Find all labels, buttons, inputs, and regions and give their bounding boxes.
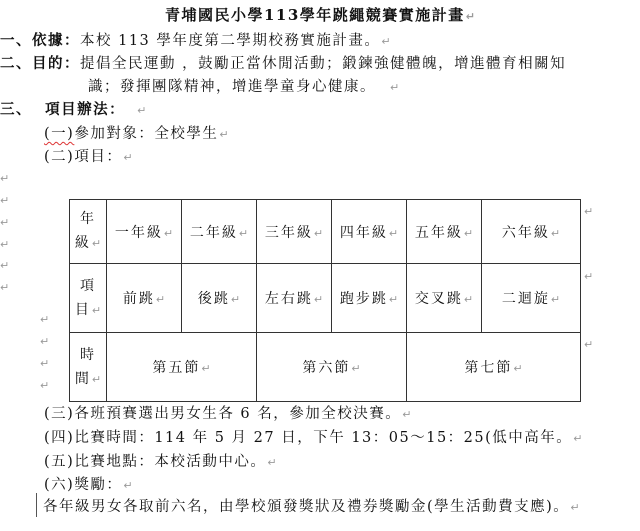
section-text: 本校 113 學年度第二學期校務實施計畫。 xyxy=(80,33,380,49)
section-methods: 三、 項目辦法：↵ xyxy=(0,100,146,121)
sub-item-text: 比賽時間：114 年 5 月 27 日，下午 13：05～15：25(低中高年。 xyxy=(74,430,572,446)
sub-item-label: (二) xyxy=(44,149,74,165)
paragraph-mark-icon: ↵ xyxy=(0,194,9,207)
sub-item-participants: (一)參加對象：全校學生↵ xyxy=(44,124,229,145)
row-header-char: 年 xyxy=(70,207,106,231)
row-header-char-text: 間 xyxy=(75,371,91,387)
table-cell: 三年級↵ xyxy=(257,200,332,264)
table-cell: 第六節↵ xyxy=(257,333,407,402)
paragraph-mark-icon: ↵ xyxy=(389,293,398,306)
table-row-items: 項 目↵ 前跳↵ 後跳↵ 左右跳↵ 跑步跳↵ 交叉跳↵ 二迴旋↵ xyxy=(70,264,581,333)
sub-item-label: (三) xyxy=(44,406,74,422)
table-cell: 六年級↵ xyxy=(482,200,581,264)
section-purpose-continued: 識；發揮團隊精神，增進學童身心健康。↵ xyxy=(88,77,399,98)
sub-item-label: (五) xyxy=(44,454,74,470)
row-header-item: 項 目↵ xyxy=(70,264,107,333)
item-label: 左右跳 xyxy=(265,291,313,307)
paragraph-mark-icon: ↵ xyxy=(464,227,473,240)
paragraph-mark-icon: ↵ xyxy=(239,227,248,240)
grade-label: 一年級 xyxy=(115,225,163,241)
sub-item-text: 獎勵： xyxy=(74,477,122,493)
paragraph-mark-icon: ↵ xyxy=(40,379,49,392)
row-header-char: 項 xyxy=(70,274,106,298)
paragraph-mark-icon: ↵ xyxy=(201,362,210,375)
award-detail-text: 各年級男女各取前六名，由學校頒發獎狀及禮券獎勵金(學生活動費支應)。 xyxy=(43,499,569,515)
paragraph-mark-icon: ↵ xyxy=(0,238,9,251)
table-cell: 第七節↵ xyxy=(407,333,581,402)
paragraph-mark-icon: ↵ xyxy=(164,227,173,240)
table-cell: 五年級↵ xyxy=(407,200,482,264)
sub-item-text: 項目： xyxy=(74,149,122,165)
period-label: 第五節 xyxy=(152,360,200,376)
grade-label: 二年級 xyxy=(190,225,238,241)
section-basis: 一、依據：本校 113 學年度第二學期校務實施計畫。↵ xyxy=(0,31,391,52)
sub-item-selection: (三)各班預賽選出男女生各 6 名，參加全校決賽。↵ xyxy=(44,404,412,425)
paragraph-mark-icon: ↵ xyxy=(389,227,398,240)
item-label: 前跳 xyxy=(123,291,155,307)
sub-item-text: 比賽地點：本校活動中心。 xyxy=(74,454,266,470)
paragraph-mark-icon: ↵ xyxy=(156,293,165,306)
competition-table: 年 級↵ 一年級↵ 二年級↵ 三年級↵ 四年級↵ 五年級↵ 六年級↵ 項 目↵ … xyxy=(69,199,581,402)
table-row-grades: 年 級↵ 一年級↵ 二年級↵ 三年級↵ 四年級↵ 五年級↵ 六年級↵ xyxy=(70,200,581,264)
paragraph-mark-icon: ↵ xyxy=(231,293,240,306)
paragraph-mark-icon: ↵ xyxy=(0,216,9,229)
table-row-times: 時 間↵ 第五節↵ 第六節↵ 第七節↵ xyxy=(70,333,581,402)
section-label: 一、依據： xyxy=(0,32,80,49)
document-title: 青埔國民小學113學年跳繩競賽實施計畫↵ xyxy=(0,5,640,27)
table-cell: 二年級↵ xyxy=(182,200,257,264)
table-cell: 左右跳↵ xyxy=(257,264,332,333)
row-end-mark-icon: ↵ xyxy=(584,205,593,218)
period-label: 第六節 xyxy=(302,360,350,376)
item-label: 跑步跳 xyxy=(340,291,388,307)
paragraph-mark-icon: ↵ xyxy=(219,128,228,141)
section-label: 三、 項目辦法： xyxy=(0,101,125,118)
paragraph-mark-icon: ↵ xyxy=(570,501,579,514)
sub-item-awards: (六)獎勵：↵ xyxy=(44,475,133,496)
paragraph-mark-icon: ↵ xyxy=(137,104,146,117)
paragraph-mark-icon: ↵ xyxy=(314,227,323,240)
paragraph-mark-icon: ↵ xyxy=(551,293,560,306)
table-cell: 一年級↵ xyxy=(107,200,182,264)
paragraph-mark-icon: ↵ xyxy=(351,362,360,375)
paragraph-mark-icon: ↵ xyxy=(314,293,323,306)
table-cell: 二迴旋↵ xyxy=(482,264,581,333)
paragraph-mark-icon: ↵ xyxy=(40,335,49,348)
row-end-mark-icon: ↵ xyxy=(584,338,593,351)
sub-item-text: 各班預賽選出男女生各 6 名，參加全校決賽。 xyxy=(74,406,401,422)
row-header-char: 間↵ xyxy=(70,367,106,392)
paragraph-mark-icon: ↵ xyxy=(402,408,411,421)
section-text-continued: 識；發揮團隊精神，增進學童身心健康。 xyxy=(88,79,376,95)
period-label: 第七節 xyxy=(464,360,512,376)
paragraph-mark-icon: ↵ xyxy=(466,10,475,23)
paragraph-mark-icon: ↵ xyxy=(92,304,101,317)
paragraph-mark-icon: ↵ xyxy=(513,362,522,375)
grade-label: 五年級 xyxy=(415,225,463,241)
row-header-grade: 年 級↵ xyxy=(70,200,107,264)
row-header-char: 目↵ xyxy=(70,298,106,323)
row-header-char-text: 級 xyxy=(75,235,91,251)
paragraph-mark-icon: ↵ xyxy=(390,81,399,94)
paragraph-mark-icon: ↵ xyxy=(381,35,390,48)
row-header-char: 級↵ xyxy=(70,231,106,256)
sub-item-time: (四)比賽時間：114 年 5 月 27 日，下午 13：05～15：25(低中… xyxy=(44,428,583,449)
item-label: 交叉跳 xyxy=(415,291,463,307)
paragraph-mark-icon: ↵ xyxy=(123,151,132,164)
sub-item-venue: (五)比賽地點：本校活動中心。↵ xyxy=(44,452,277,473)
table-cell: 後跳↵ xyxy=(182,264,257,333)
award-detail[interactable]: 各年級男女各取前六名，由學校頒發獎狀及禮券獎勵金(學生活動費支應)。↵ xyxy=(43,497,580,518)
paragraph-mark-icon: ↵ xyxy=(267,456,276,469)
item-label: 後跳 xyxy=(198,291,230,307)
paragraph-mark-icon: ↵ xyxy=(464,293,473,306)
paragraph-mark-icon: ↵ xyxy=(0,259,9,272)
section-purpose: 二、目的：提倡全民運動 ，鼓勵正當休閒活動；鍛鍊強健體魄，增進體育相關知 xyxy=(0,54,566,74)
sub-item-text: 參加對象：全校學生 xyxy=(74,126,218,142)
text-cursor xyxy=(36,493,37,517)
table-cell: 第五節↵ xyxy=(107,333,257,402)
section-label: 二、目的： xyxy=(0,55,80,72)
title-text: 青埔國民小學113學年跳繩競賽實施計畫 xyxy=(165,6,465,24)
grade-label: 四年級 xyxy=(340,225,388,241)
row-end-mark-icon: ↵ xyxy=(584,270,593,283)
paragraph-mark-icon: ↵ xyxy=(40,313,49,326)
paragraph-mark-icon: ↵ xyxy=(0,172,9,185)
paragraph-mark-icon: ↵ xyxy=(573,432,582,445)
row-header-time: 時 間↵ xyxy=(70,333,107,402)
row-header-char: 時 xyxy=(70,343,106,367)
table-cell: 前跳↵ xyxy=(107,264,182,333)
paragraph-mark-icon: ↵ xyxy=(92,373,101,386)
section-text: 提倡全民運動 ，鼓勵正當休閒活動；鍛鍊強健體魄，增進體育相關知 xyxy=(80,56,566,72)
grade-label: 三年級 xyxy=(265,225,313,241)
paragraph-mark-icon: ↵ xyxy=(551,227,560,240)
sub-item-label: (四) xyxy=(44,430,74,446)
grade-label: 六年級 xyxy=(502,225,550,241)
item-label: 二迴旋 xyxy=(502,291,550,307)
paragraph-mark-icon: ↵ xyxy=(92,237,101,250)
table-cell: 交叉跳↵ xyxy=(407,264,482,333)
paragraph-mark-icon: ↵ xyxy=(0,281,9,294)
row-header-char-text: 目 xyxy=(75,302,91,318)
paragraph-mark-icon: ↵ xyxy=(123,479,132,492)
sub-item-events: (二)項目：↵ xyxy=(44,147,133,168)
table-cell: 跑步跳↵ xyxy=(332,264,407,333)
sub-item-label: (一) xyxy=(44,126,74,142)
sub-item-label: (六) xyxy=(44,477,74,493)
table-cell: 四年級↵ xyxy=(332,200,407,264)
paragraph-mark-icon: ↵ xyxy=(40,357,49,370)
